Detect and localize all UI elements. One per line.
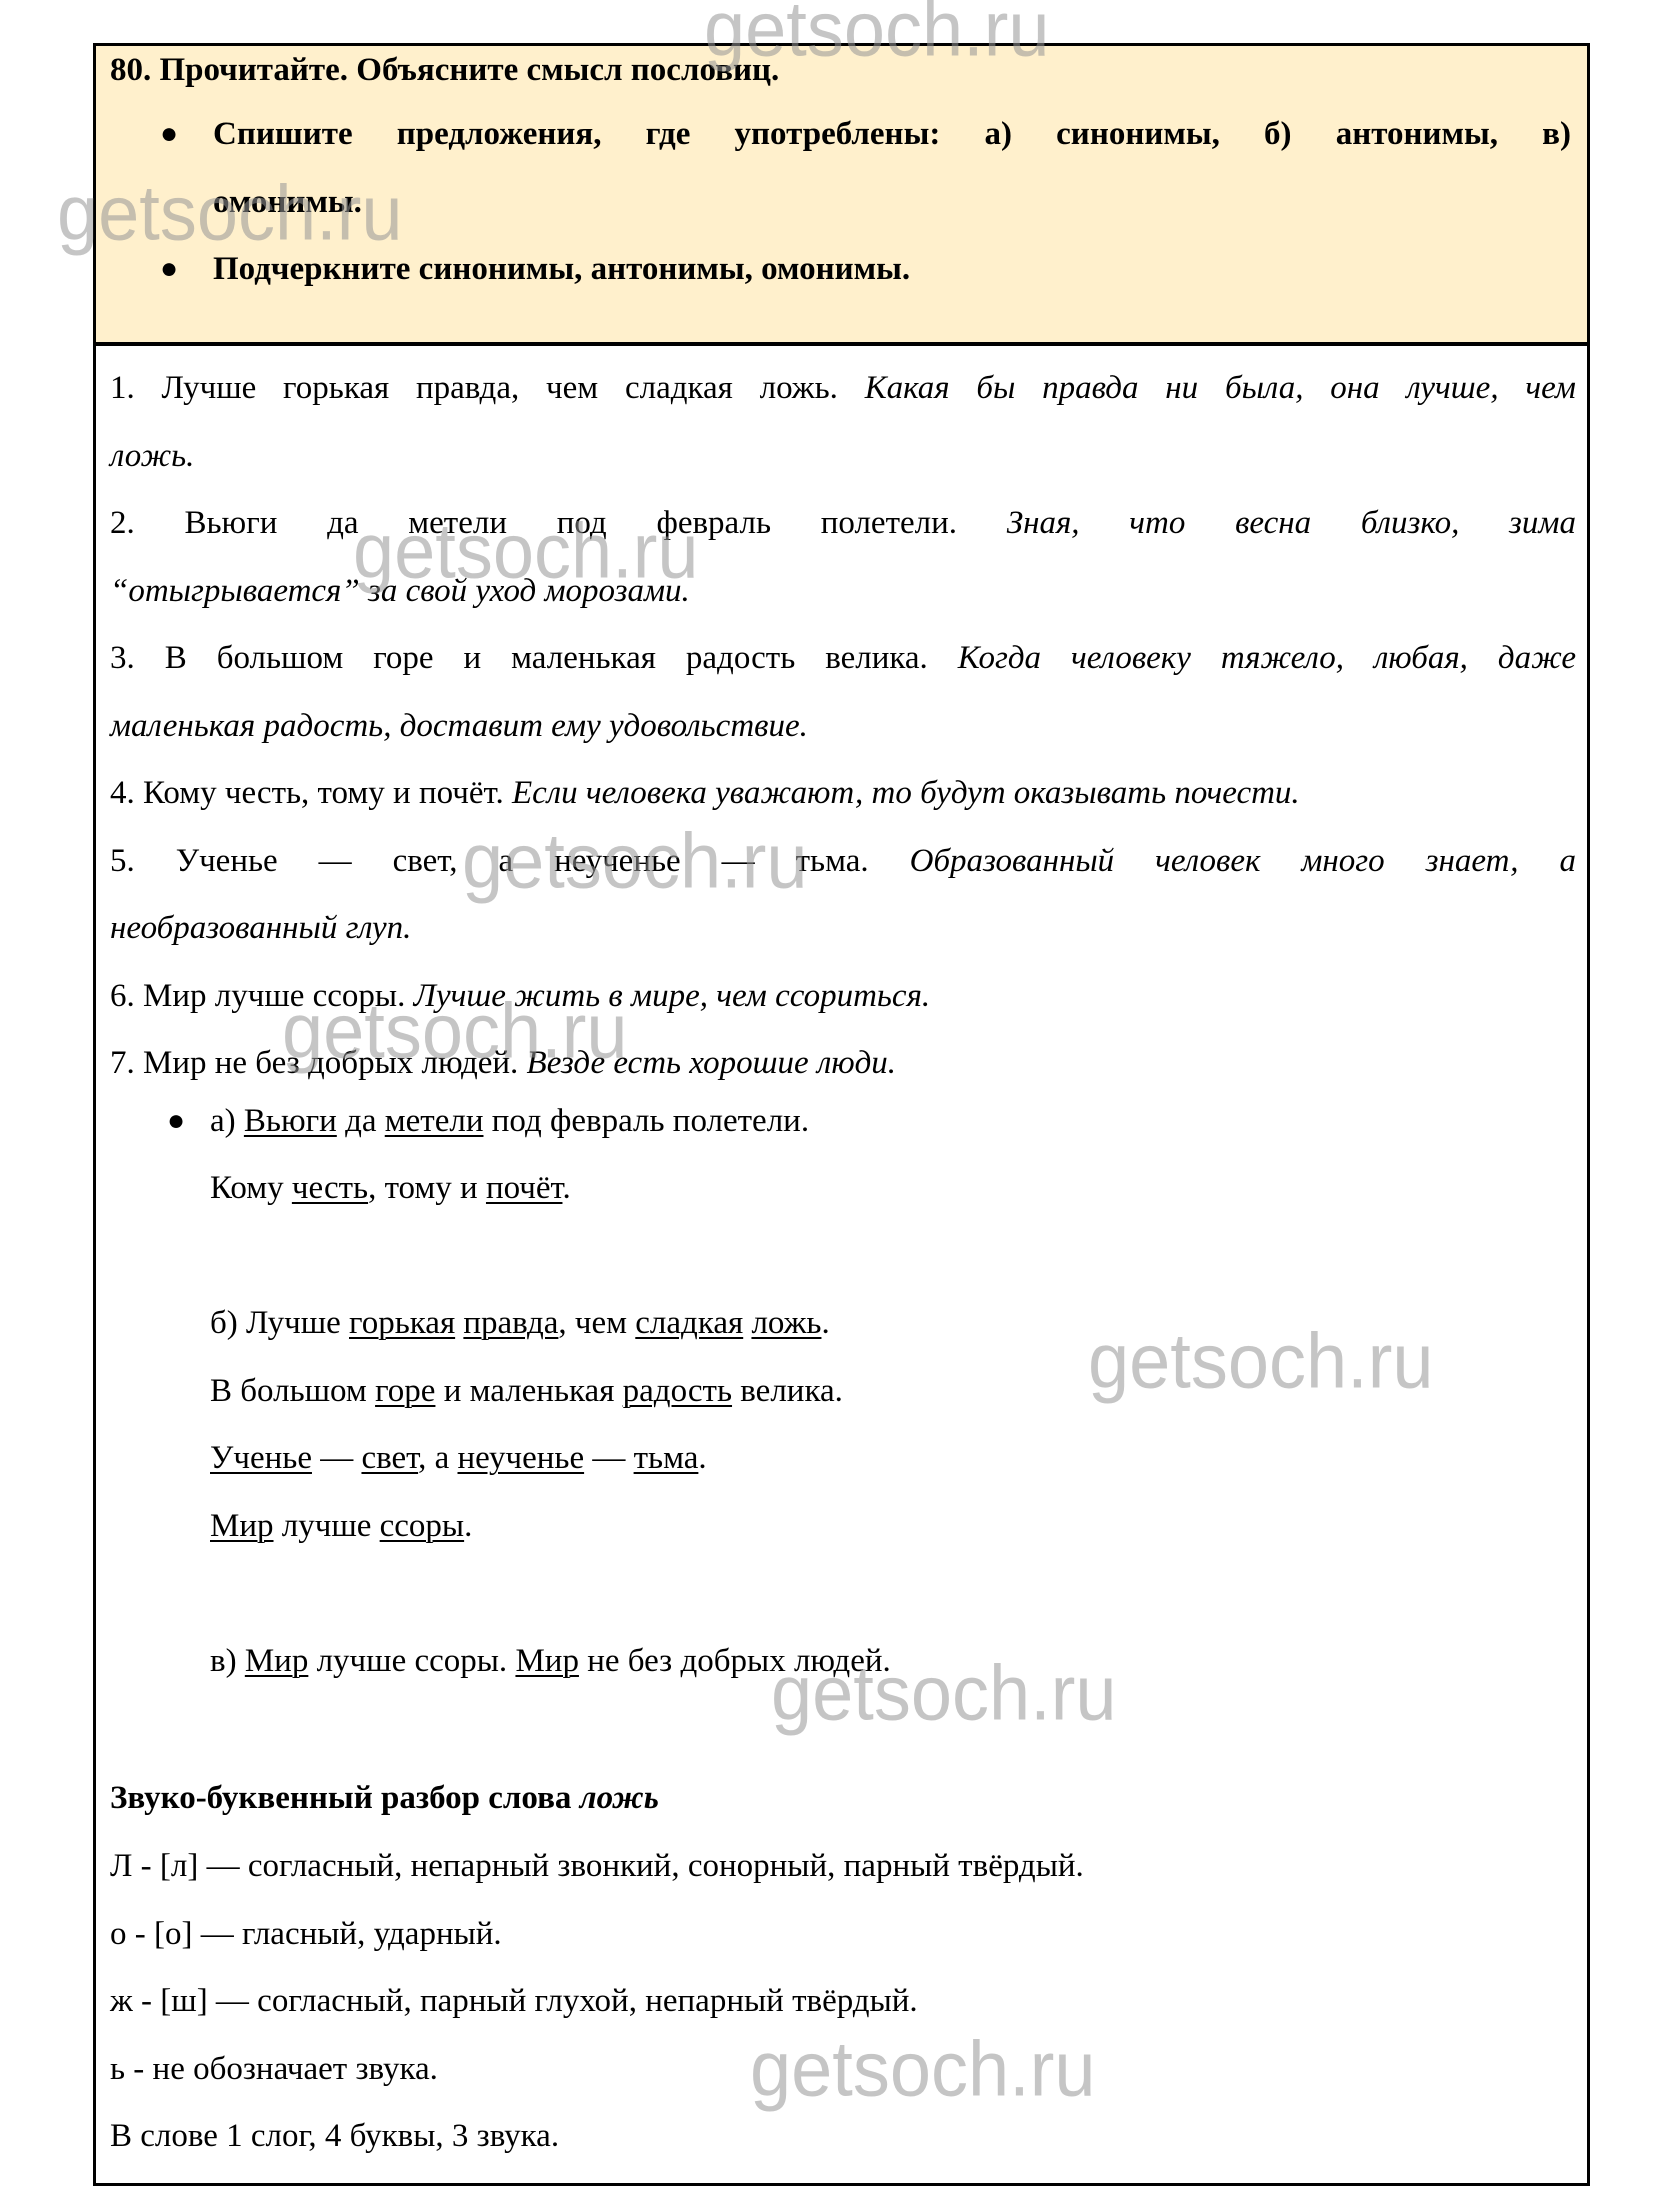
answer-a-line-1: а) Вьюги да метели под февраль полетели.	[210, 1101, 809, 1141]
proverb-text: 7. Мир не без добрых людей.	[110, 1045, 527, 1081]
instruction-2: Подчеркните синонимы, антонимы, омонимы.	[213, 249, 910, 289]
underlined-word: тьма	[634, 1440, 699, 1476]
proverb-explanation: маленькая радость, доставит ему удовольс…	[110, 708, 808, 744]
underlined-word: метели	[385, 1103, 484, 1139]
underlined-word: горе	[375, 1373, 435, 1409]
underlined-word: Вьюги	[244, 1103, 337, 1139]
instruction-1-line-2: омонимы.	[213, 182, 362, 222]
underlined-word: ложь	[751, 1305, 821, 1341]
proverb-text: 4. Кому честь, тому и почёт.	[110, 775, 512, 811]
answer-text: лучше ссоры.	[308, 1643, 515, 1679]
proverb-explanation: Образованный человек много знает, а	[910, 843, 1576, 879]
proverb-4: 4. Кому честь, тому и почёт. Если челове…	[110, 773, 1300, 813]
answer-text: .	[562, 1170, 570, 1206]
answer-text: , а	[418, 1440, 457, 1476]
answer-label: а)	[210, 1103, 236, 1139]
underlined-word: сладкая	[635, 1305, 743, 1341]
answer-text: да	[337, 1103, 385, 1139]
bullet-icon: ●	[160, 114, 178, 154]
answer-text: лучше	[274, 1508, 380, 1544]
proverb-explanation: Какая бы правда ни была, она лучше, чем	[865, 370, 1576, 406]
proverb-text: 6. Мир лучше ссоры.	[110, 978, 414, 1014]
analysis-line-2: о - [о] — гласный, ударный.	[110, 1914, 502, 1954]
bullet-icon: ●	[167, 1101, 185, 1141]
answer-text	[237, 1643, 245, 1679]
proverb-2-continuation: “отыгрывается” за свой уход морозами.	[110, 571, 690, 611]
proverb-explanation: Везде есть хорошие люди.	[527, 1045, 897, 1081]
proverb-6: 6. Мир лучше ссоры. Лучше жить в мире, ч…	[110, 976, 930, 1016]
exercise-card: 80. Прочитайте. Объясните смысл пословиц…	[93, 43, 1590, 2186]
answer-text: Кому	[210, 1170, 292, 1206]
proverb-1-continuation: ложь.	[110, 436, 194, 476]
answer-text: и маленькая	[435, 1373, 622, 1409]
proverb-5: 5. Ученье — свет, а неученье — тьма. Обр…	[110, 841, 1576, 881]
task-header: 80. Прочитайте. Объясните смысл пословиц…	[96, 46, 1587, 346]
answer-b-line-3: Ученье — свет, а неученье — тьма.	[210, 1438, 707, 1478]
underlined-word: честь	[292, 1170, 368, 1206]
analysis-line-4: ь - не обозначает звука.	[110, 2049, 438, 2089]
instruction-1-line-1: Спишите предложения, где употреблены: а)…	[213, 114, 1571, 154]
answer-b-line-2: В большом горе и маленькая радость велик…	[210, 1371, 843, 1411]
answer-b-line-1: б) Лучше горькая правда, чем сладкая лож…	[210, 1303, 830, 1343]
answer-text: велика.	[732, 1373, 843, 1409]
proverb-text: 3. В большом горе и маленькая радость ве…	[110, 640, 958, 676]
proverb-explanation: необразованный глуп.	[110, 910, 411, 946]
underlined-word: горькая	[349, 1305, 455, 1341]
underlined-word: правда	[463, 1305, 558, 1341]
answer-text: не без добрых людей.	[579, 1643, 891, 1679]
underlined-word: радость	[623, 1373, 732, 1409]
proverb-explanation: Лучше жить в мире, чем ссориться.	[414, 978, 931, 1014]
analysis-line-3: ж - [ш] — согласный, парный глухой, непа…	[110, 1981, 918, 2021]
analysis-heading-text: Звуко-буквенный разбор слова	[110, 1780, 580, 1816]
answer-text: , чем	[558, 1305, 635, 1341]
proverb-explanation: “отыгрывается” за свой уход морозами.	[110, 573, 690, 609]
answer-a-line-2: Кому честь, тому и почёт.	[210, 1168, 571, 1208]
underlined-word: Мир	[210, 1508, 274, 1544]
answer-text: .	[698, 1440, 706, 1476]
analysis-word: ложь	[580, 1780, 659, 1816]
underlined-word: Ученье	[210, 1440, 312, 1476]
analysis-heading: Звуко-буквенный разбор слова ложь	[110, 1778, 659, 1818]
proverb-2: 2. Вьюги да метели под февраль полетели.…	[110, 503, 1576, 543]
proverb-explanation: Если человека уважают, то будут оказыват…	[512, 775, 1300, 811]
underlined-word: ссоры	[380, 1508, 464, 1544]
analysis-line-1: Л - [л] — согласный, непарный звонкий, с…	[110, 1846, 1084, 1886]
answer-text: .	[464, 1508, 472, 1544]
answer-text: Лучше	[238, 1305, 349, 1341]
proverb-5-continuation: необразованный глуп.	[110, 908, 411, 948]
answer-text: В большом	[210, 1373, 375, 1409]
bullet-icon: ●	[160, 249, 178, 289]
answer-text: , тому и	[368, 1170, 486, 1206]
underlined-word: неученье	[458, 1440, 585, 1476]
answer-text: —	[584, 1440, 634, 1476]
answer-text: .	[821, 1305, 829, 1341]
answer-text	[236, 1103, 244, 1139]
answer-text: —	[312, 1440, 362, 1476]
analysis-line-5: В слове 1 слог, 4 буквы, 3 звука.	[110, 2116, 559, 2156]
answer-b-line-4: Мир лучше ссоры.	[210, 1506, 472, 1546]
underlined-word: почёт	[486, 1170, 563, 1206]
proverb-7: 7. Мир не без добрых людей. Везде есть х…	[110, 1043, 896, 1083]
proverb-3: 3. В большом горе и маленькая радость ве…	[110, 638, 1576, 678]
proverb-explanation: Зная, что весна близко, зима	[1007, 505, 1576, 541]
task-title: 80. Прочитайте. Объясните смысл пословиц…	[110, 50, 779, 90]
answer-label: в)	[210, 1643, 237, 1679]
underlined-word: Мир	[245, 1643, 309, 1679]
proverb-text: 2. Вьюги да метели под февраль полетели.	[110, 505, 1007, 541]
answer-c-line-1: в) Мир лучше ссоры. Мир не без добрых лю…	[210, 1641, 891, 1681]
answer-label: б)	[210, 1305, 238, 1341]
proverb-1: 1. Лучше горькая правда, чем сладкая лож…	[110, 368, 1576, 408]
proverb-3-continuation: маленькая радость, доставит ему удовольс…	[110, 706, 808, 746]
proverb-text: 5. Ученье — свет, а неученье — тьма.	[110, 843, 910, 879]
underlined-word: свет	[361, 1440, 418, 1476]
answer-text: под февраль полетели.	[483, 1103, 809, 1139]
proverb-explanation: Когда человеку тяжело, любая, даже	[958, 640, 1576, 676]
underlined-word: Мир	[515, 1643, 579, 1679]
proverb-explanation: ложь.	[110, 438, 194, 474]
proverb-text: 1. Лучше горькая правда, чем сладкая лож…	[110, 370, 865, 406]
